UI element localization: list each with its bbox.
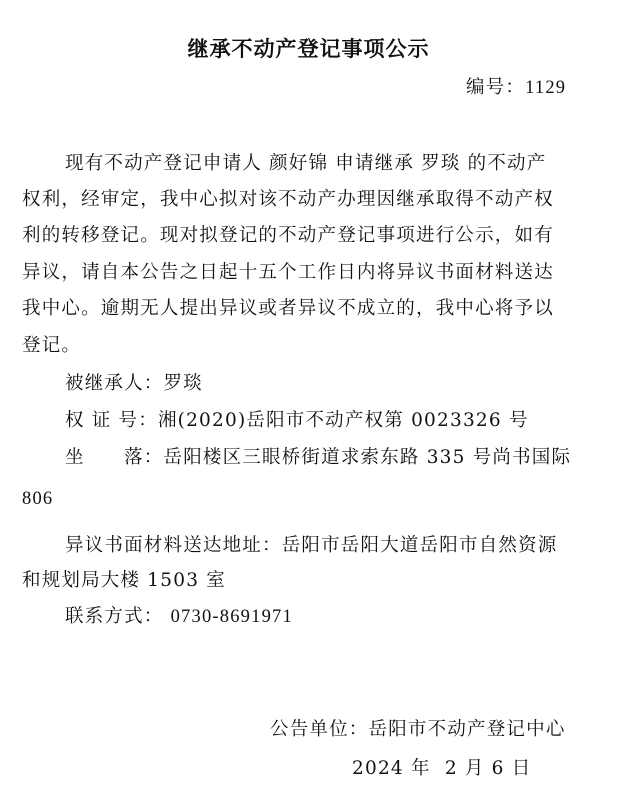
body-line: 利的转移登记。现对拟登记的不动产登记事项进行公示，如有 (22, 224, 554, 248)
field-location: 坐 落：岳阳楼区三眼桥街道求索东路 335 号尚书国际 (65, 446, 571, 470)
field-address: 异议书面材料送达地址：岳阳市岳阳大道岳阳市自然资源 (65, 534, 558, 558)
field-value: 岳阳楼区三眼桥街道求索东路 335 号尚书国际 (164, 447, 572, 468)
field-value: 湘(2020)岳阳市不动产权第 0023326 号 (158, 410, 529, 431)
issuer: 公告单位：岳阳市不动产登记中心 (270, 718, 566, 742)
field-value: 岳阳市岳阳大道岳阳市自然资源 (282, 535, 558, 556)
body-line: 我中心。逾期无人提出异议或者异议不成立的，我中心将予以 (22, 297, 554, 321)
serial-label: 编号： (466, 77, 525, 98)
body-line: 现有不动产登记申请人 颜好锦 申请继承 罗琰 的不动产 (65, 152, 546, 176)
body-line: 异议，请自本公告之日起十五个工作日内将异议书面材料送达 (22, 261, 554, 285)
field-label: 联系方式： (65, 606, 164, 627)
field-label: 被继承人： (65, 373, 164, 394)
field-decedent: 被继承人：罗琰 (65, 372, 203, 396)
page-title: 继承不动产登记事项公示 (0, 33, 617, 63)
field-label: 权 证 号： (65, 410, 158, 431)
body-line: 登记。 (22, 334, 81, 358)
field-value: 罗琰 (164, 373, 203, 394)
field-location-cont: 806 (22, 487, 53, 511)
serial-value: 1129 (525, 78, 566, 98)
field-label: 异议书面材料送达地址： (65, 535, 282, 556)
issue-date: 2024 年 2 月 6 日 (352, 757, 531, 781)
field-contact: 联系方式： 0730-8691971 (65, 605, 293, 629)
field-value: 0730-8691971 (171, 607, 293, 627)
issuer-name: 岳阳市不动产登记中心 (369, 719, 566, 740)
issuer-label: 公告单位： (270, 719, 369, 740)
field-label: 坐 落： (65, 447, 164, 468)
field-address-cont: 和规划局大楼 1503 室 (22, 569, 226, 593)
field-certificate: 权 证 号：湘(2020)岳阳市不动产权第 0023326 号 (65, 409, 529, 433)
body-line: 权利，经审定，我中心拟对该不动产办理因继承取得不动产权 (22, 188, 554, 212)
serial-number: 编号：1129 (466, 76, 566, 100)
